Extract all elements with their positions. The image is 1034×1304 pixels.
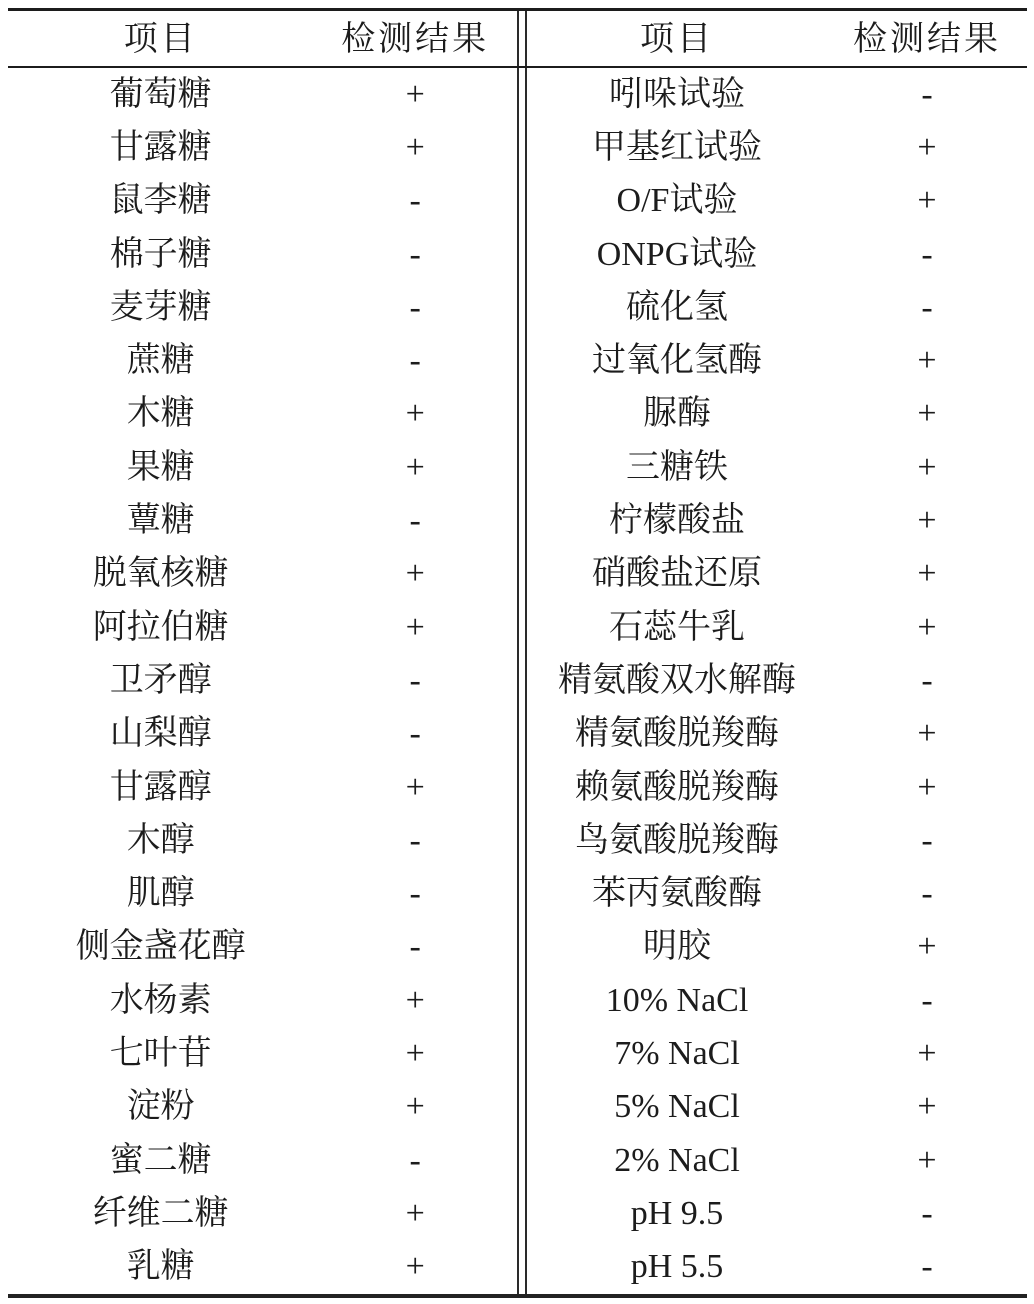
table-row: 精氨酸脱羧酶+ [527, 708, 1027, 761]
table-row: 七叶苷+ [8, 1027, 517, 1080]
result-cell: + [313, 397, 517, 431]
item-cell: 过氧化氢酶 [527, 344, 827, 378]
result-cell: - [313, 824, 517, 858]
left-header-row: 项目 检测结果 [8, 11, 517, 68]
result-cell: + [313, 611, 517, 645]
item-cell: 柠檬酸盐 [527, 504, 827, 538]
item-cell: pH 5.5 [527, 1250, 827, 1284]
result-cell: + [313, 1197, 517, 1231]
result-cell: - [313, 344, 517, 378]
item-cell: 葡萄糖 [8, 78, 313, 112]
item-cell: 木糖 [8, 397, 313, 431]
result-cell: + [827, 611, 1027, 645]
table-row: 7% NaCl+ [527, 1027, 1027, 1080]
biochemical-test-table: 项目 检测结果 葡萄糖+ 甘露糖+ 鼠李糖- 棉子糖- 麦芽糖- 蔗糖- 木糖+… [8, 8, 1027, 1298]
left-header-result: 检测结果 [313, 23, 517, 57]
result-cell: - [313, 238, 517, 272]
result-cell: - [313, 184, 517, 218]
item-cell: 甘露醇 [8, 771, 313, 805]
result-cell: - [827, 1197, 1027, 1231]
table-row: 柠檬酸盐+ [527, 494, 1027, 547]
result-cell: + [827, 930, 1027, 964]
table-row: 卫矛醇- [8, 654, 517, 707]
right-header-row: 项目 检测结果 [527, 11, 1027, 68]
item-cell: 乳糖 [8, 1250, 313, 1284]
item-cell: 明胶 [527, 930, 827, 964]
table-row: 10% NaCl- [527, 974, 1027, 1027]
result-cell: - [827, 238, 1027, 272]
right-panel: 项目 检测结果 吲哚试验- 甲基红试验+ O/F试验+ ONPG试验- 硫化氢-… [527, 11, 1027, 1294]
result-cell: - [313, 877, 517, 911]
table-row: 淀粉+ [8, 1081, 517, 1134]
table-row: 苯丙氨酸酶- [527, 867, 1027, 920]
table-row: 蕈糖- [8, 494, 517, 547]
item-cell: 甘露糖 [8, 131, 313, 165]
result-cell: + [313, 1250, 517, 1284]
result-cell: - [313, 930, 517, 964]
table-row: 蜜二糖- [8, 1134, 517, 1187]
right-header-item: 项目 [527, 23, 827, 57]
item-cell: pH 9.5 [527, 1197, 827, 1231]
table-row: 明胶+ [527, 921, 1027, 974]
item-cell: 木醇 [8, 824, 313, 858]
result-cell: + [827, 557, 1027, 591]
result-cell: + [313, 771, 517, 805]
item-cell: 硝酸盐还原 [527, 557, 827, 591]
item-cell: 鼠李糖 [8, 184, 313, 218]
result-cell: - [827, 984, 1027, 1018]
result-cell: - [827, 291, 1027, 325]
result-cell: + [313, 1090, 517, 1124]
item-cell: 棉子糖 [8, 238, 313, 272]
result-cell: - [827, 664, 1027, 698]
table-row: 甘露醇+ [8, 761, 517, 814]
result-cell: + [827, 131, 1027, 165]
item-cell: 纤维二糖 [8, 1197, 313, 1231]
item-cell: 侧金盏花醇 [8, 930, 313, 964]
result-cell: + [313, 78, 517, 112]
item-cell: 赖氨酸脱羧酶 [527, 771, 827, 805]
item-cell: 七叶苷 [8, 1037, 313, 1071]
table-row: 过氧化氢酶+ [527, 334, 1027, 387]
item-cell: 卫矛醇 [8, 664, 313, 698]
table-row: pH 9.5- [527, 1187, 1027, 1240]
result-cell: + [827, 771, 1027, 805]
table-row: 肌醇- [8, 867, 517, 920]
result-cell: + [827, 717, 1027, 751]
item-cell: 水杨素 [8, 984, 313, 1018]
item-cell: 2% NaCl [527, 1144, 827, 1178]
table-row: 麦芽糖- [8, 281, 517, 334]
table-row: 阿拉伯糖+ [8, 601, 517, 654]
item-cell: 甲基红试验 [527, 131, 827, 165]
result-cell: + [313, 557, 517, 591]
item-cell: 精氨酸双水解酶 [527, 664, 827, 698]
result-cell: + [827, 1144, 1027, 1178]
table-row: 山梨醇- [8, 708, 517, 761]
table-row: 脲酶+ [527, 388, 1027, 441]
result-cell: + [827, 397, 1027, 431]
table-row: 硫化氢- [527, 281, 1027, 334]
result-cell: + [827, 451, 1027, 485]
item-cell: 山梨醇 [8, 717, 313, 751]
result-cell: + [827, 504, 1027, 538]
item-cell: 麦芽糖 [8, 291, 313, 325]
right-header-result: 检测结果 [827, 23, 1027, 57]
item-cell: 淀粉 [8, 1090, 313, 1124]
item-cell: 脱氧核糖 [8, 557, 313, 591]
item-cell: 阿拉伯糖 [8, 611, 313, 645]
result-cell: - [313, 291, 517, 325]
table-row: pH 5.5- [527, 1241, 1027, 1294]
item-cell: 石蕊牛乳 [527, 611, 827, 645]
result-cell: + [313, 131, 517, 165]
table-row: 木糖+ [8, 388, 517, 441]
item-cell: 5% NaCl [527, 1090, 827, 1124]
table-row: 5% NaCl+ [527, 1081, 1027, 1134]
result-cell: + [827, 344, 1027, 378]
table-row: 纤维二糖+ [8, 1187, 517, 1240]
table-row: 木醇- [8, 814, 517, 867]
item-cell: 鸟氨酸脱羧酶 [527, 824, 827, 858]
table-row: O/F试验+ [527, 175, 1027, 228]
table-row: 鸟氨酸脱羧酶- [527, 814, 1027, 867]
table-row: 吲哚试验- [527, 68, 1027, 121]
item-cell: 7% NaCl [527, 1037, 827, 1071]
item-cell: 吲哚试验 [527, 78, 827, 112]
result-cell: + [827, 1037, 1027, 1071]
double-rule-divider [517, 11, 527, 1294]
result-cell: - [313, 504, 517, 538]
result-cell: + [827, 1090, 1027, 1124]
table-row: 棉子糖- [8, 228, 517, 281]
left-panel: 项目 检测结果 葡萄糖+ 甘露糖+ 鼠李糖- 棉子糖- 麦芽糖- 蔗糖- 木糖+… [8, 11, 517, 1294]
table-row: 三糖铁+ [527, 441, 1027, 494]
table-row: 水杨素+ [8, 974, 517, 1027]
result-cell: - [313, 717, 517, 751]
table-row: 2% NaCl+ [527, 1134, 1027, 1187]
table-row: 赖氨酸脱羧酶+ [527, 761, 1027, 814]
result-cell: - [827, 824, 1027, 858]
item-cell: O/F试验 [527, 184, 827, 218]
result-cell: - [827, 1250, 1027, 1284]
result-cell: - [313, 664, 517, 698]
item-cell: 蔗糖 [8, 344, 313, 378]
result-cell: - [313, 1144, 517, 1178]
item-cell: 苯丙氨酸酶 [527, 877, 827, 911]
table-row: 葡萄糖+ [8, 68, 517, 121]
table-row: 硝酸盐还原+ [527, 548, 1027, 601]
result-cell: + [313, 1037, 517, 1071]
result-cell: + [827, 184, 1027, 218]
result-cell: - [827, 877, 1027, 911]
item-cell: 10% NaCl [527, 984, 827, 1018]
table-row: ONPG试验- [527, 228, 1027, 281]
item-cell: 精氨酸脱羧酶 [527, 717, 827, 751]
item-cell: 三糖铁 [527, 451, 827, 485]
table-row: 甲基红试验+ [527, 121, 1027, 174]
item-cell: 蜜二糖 [8, 1144, 313, 1178]
item-cell: 蕈糖 [8, 504, 313, 538]
item-cell: 硫化氢 [527, 291, 827, 325]
table-row: 甘露糖+ [8, 121, 517, 174]
table-row: 侧金盏花醇- [8, 921, 517, 974]
item-cell: ONPG试验 [527, 238, 827, 272]
table-row: 果糖+ [8, 441, 517, 494]
table-row: 石蕊牛乳+ [527, 601, 1027, 654]
table-row: 乳糖+ [8, 1241, 517, 1294]
table-row: 脱氧核糖+ [8, 548, 517, 601]
table-row: 精氨酸双水解酶- [527, 654, 1027, 707]
item-cell: 肌醇 [8, 877, 313, 911]
left-header-item: 项目 [8, 23, 313, 57]
table-row: 蔗糖- [8, 334, 517, 387]
table-row: 鼠李糖- [8, 175, 517, 228]
item-cell: 脲酶 [527, 397, 827, 431]
result-cell: - [827, 78, 1027, 112]
result-cell: + [313, 451, 517, 485]
item-cell: 果糖 [8, 451, 313, 485]
header-separator-rule [8, 66, 1027, 68]
result-cell: + [313, 984, 517, 1018]
